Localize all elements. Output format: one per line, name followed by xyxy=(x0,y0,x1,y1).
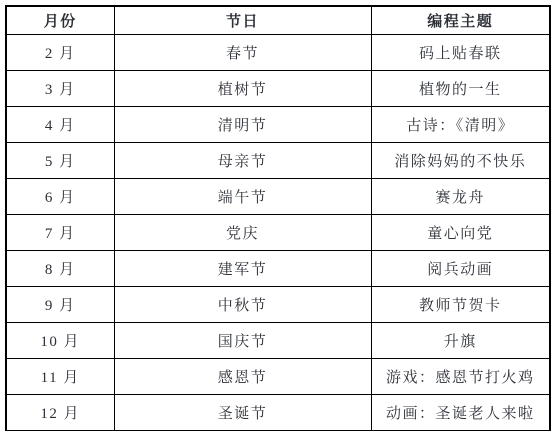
festival-cell: 建军节 xyxy=(114,251,371,287)
table-row: 6 月端午节赛龙舟 xyxy=(6,179,550,215)
month-cell: 7 月 xyxy=(6,215,114,251)
month-cell: 3 月 xyxy=(6,71,114,107)
theme-cell: 游戏：感恩节打火鸡 xyxy=(371,359,550,395)
table-row: 7 月党庆童心向党 xyxy=(6,215,550,251)
table-row: 9 月中秋节教师节贺卡 xyxy=(6,287,550,323)
table-body: 2 月春节码上贴春联3 月植树节植物的一生4 月清明节古诗：《清明》5 月母亲节… xyxy=(6,35,550,431)
month-cell: 8 月 xyxy=(6,251,114,287)
festival-cell: 中秋节 xyxy=(114,287,371,323)
theme-cell: 教师节贺卡 xyxy=(371,287,550,323)
table-row: 12 月圣诞节动画：圣诞老人来啦 xyxy=(6,395,550,431)
month-cell: 11 月 xyxy=(6,359,114,395)
header-month: 月份 xyxy=(6,6,114,35)
festival-cell: 国庆节 xyxy=(114,323,371,359)
table-row: 8 月建军节阅兵动画 xyxy=(6,251,550,287)
month-cell: 12 月 xyxy=(6,395,114,431)
theme-cell: 阅兵动画 xyxy=(371,251,550,287)
theme-cell: 消除妈妈的不快乐 xyxy=(371,143,550,179)
theme-cell: 动画：圣诞老人来啦 xyxy=(371,395,550,431)
month-cell: 9 月 xyxy=(6,287,114,323)
festival-cell: 母亲节 xyxy=(114,143,371,179)
month-cell: 10 月 xyxy=(6,323,114,359)
table-header-row: 月份 节日 编程主题 xyxy=(6,6,550,35)
theme-cell: 码上贴春联 xyxy=(371,35,550,71)
table-row: 10 月国庆节升旗 xyxy=(6,323,550,359)
table-row: 3 月植树节植物的一生 xyxy=(6,71,550,107)
header-festival: 节日 xyxy=(114,6,371,35)
header-theme: 编程主题 xyxy=(371,6,550,35)
festival-cell: 端午节 xyxy=(114,179,371,215)
theme-cell: 升旗 xyxy=(371,323,550,359)
theme-cell: 植物的一生 xyxy=(371,71,550,107)
festival-cell: 清明节 xyxy=(114,107,371,143)
table-row: 11 月感恩节游戏：感恩节打火鸡 xyxy=(6,359,550,395)
month-cell: 6 月 xyxy=(6,179,114,215)
month-cell: 2 月 xyxy=(6,35,114,71)
theme-cell: 赛龙舟 xyxy=(371,179,550,215)
festival-cell: 圣诞节 xyxy=(114,395,371,431)
month-cell: 4 月 xyxy=(6,107,114,143)
theme-cell: 古诗：《清明》 xyxy=(371,107,550,143)
theme-cell: 童心向党 xyxy=(371,215,550,251)
table-row: 4 月清明节古诗：《清明》 xyxy=(6,107,550,143)
festival-cell: 春节 xyxy=(114,35,371,71)
month-cell: 5 月 xyxy=(6,143,114,179)
festival-cell: 党庆 xyxy=(114,215,371,251)
festival-cell: 感恩节 xyxy=(114,359,371,395)
table-row: 5 月母亲节消除妈妈的不快乐 xyxy=(6,143,550,179)
festival-cell: 植树节 xyxy=(114,71,371,107)
table-row: 2 月春节码上贴春联 xyxy=(6,35,550,71)
holiday-programming-table: 月份 节日 编程主题 2 月春节码上贴春联3 月植树节植物的一生4 月清明节古诗… xyxy=(5,5,551,431)
